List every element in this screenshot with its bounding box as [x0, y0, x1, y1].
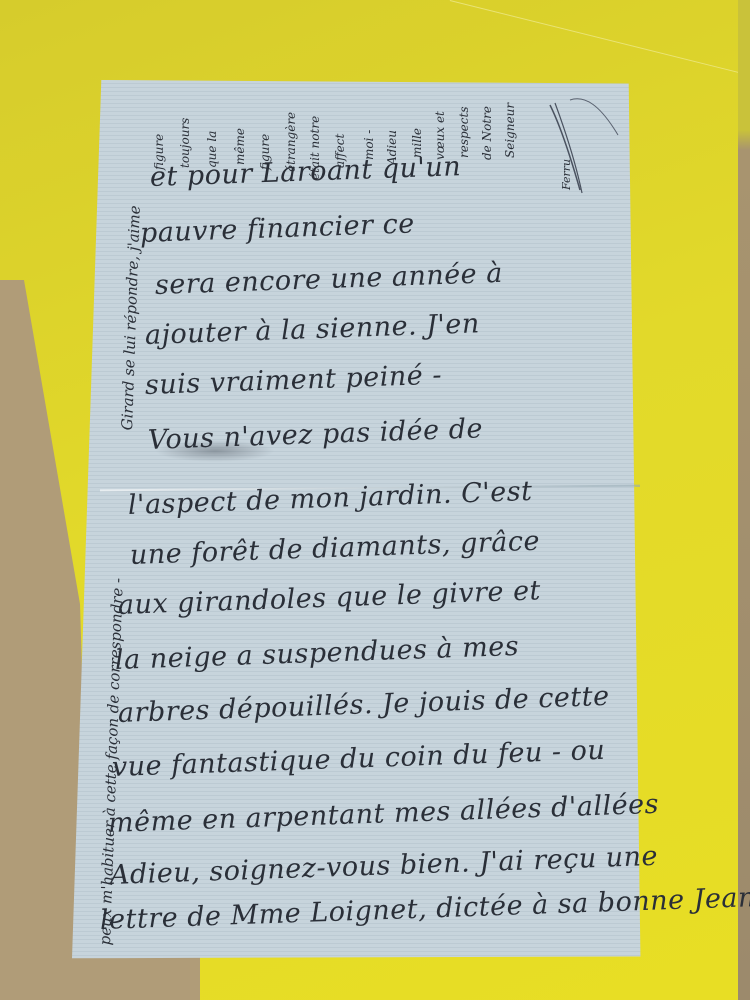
cross-column: Seigneur	[503, 103, 517, 158]
cross-column: de Notre	[480, 106, 494, 160]
signature-flourish	[540, 95, 620, 195]
right-edge-strip	[738, 0, 750, 1000]
signature: Ferru	[560, 159, 573, 190]
